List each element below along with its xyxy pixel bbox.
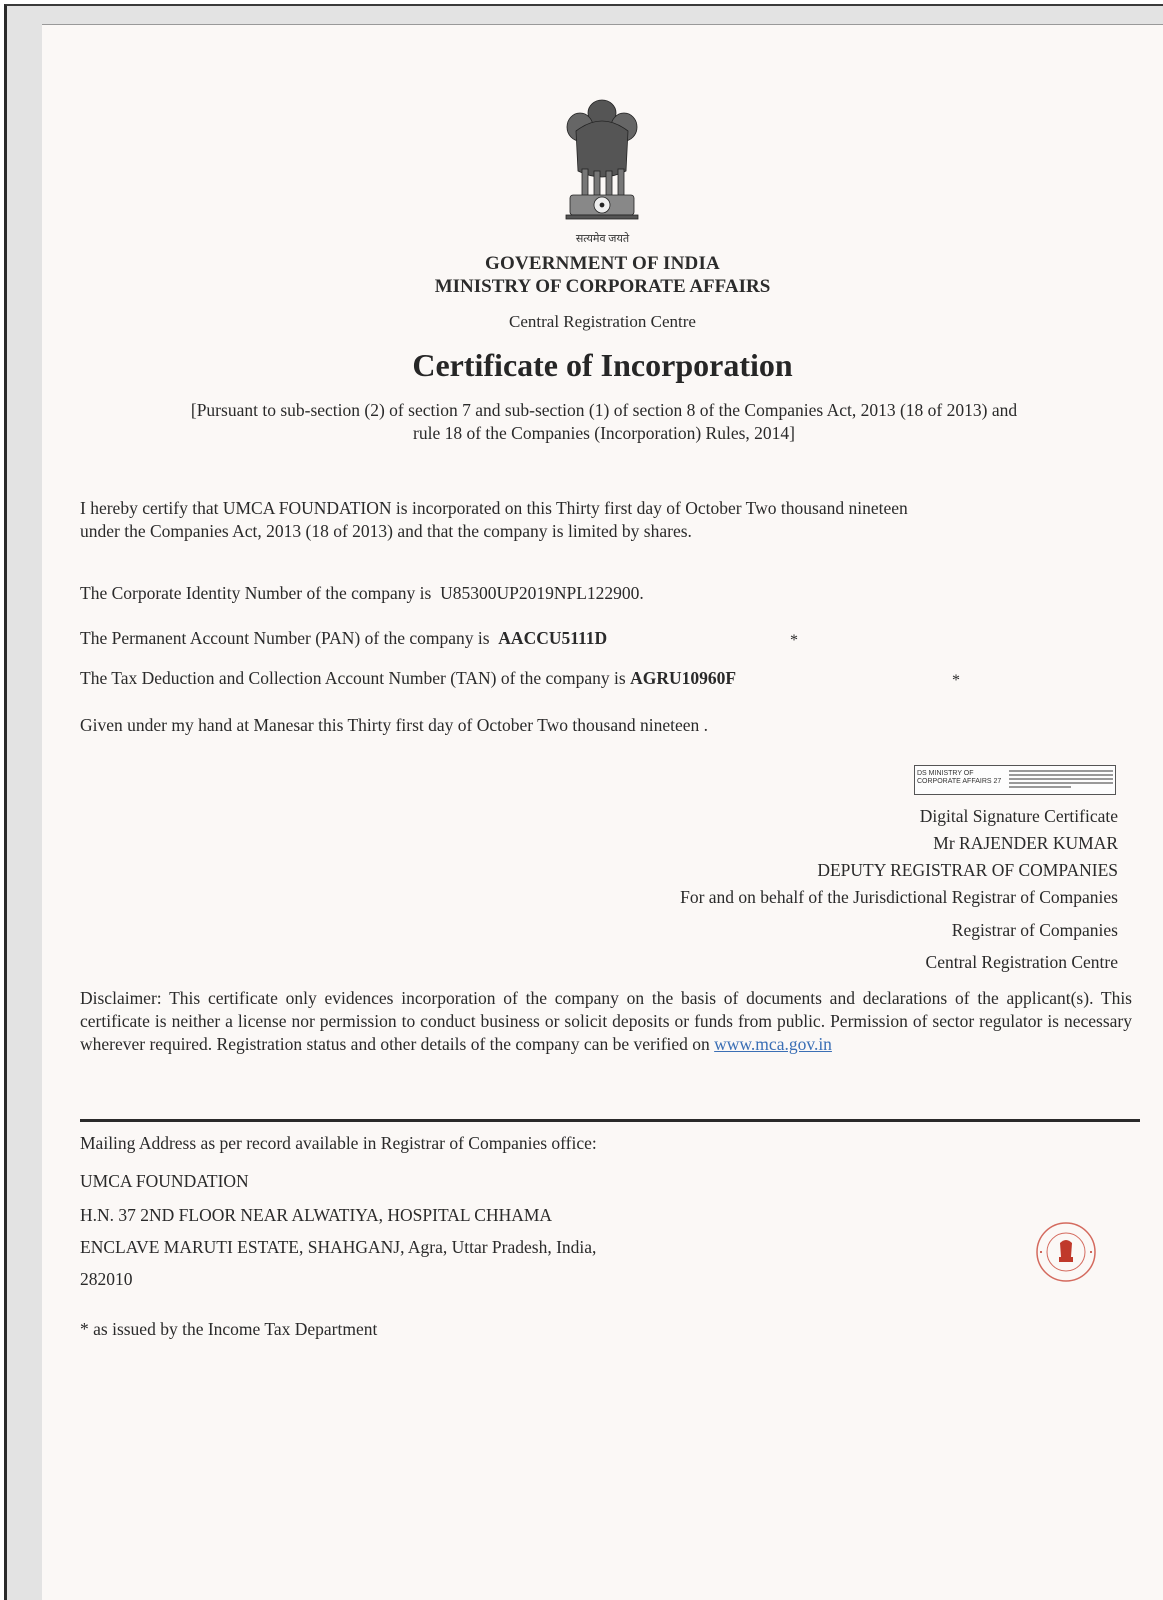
tan-label: The Tax Deduction and Collection Account… [80, 668, 626, 688]
registrar-seal-icon [1035, 1221, 1097, 1283]
digital-signature-stamp: DS MINISTRY OF CORPORATE AFFAIRS 27 [914, 765, 1116, 795]
disclaimer-text: Disclaimer: This certificate only eviden… [80, 988, 1132, 1054]
pursuant-clause: [Pursuant to sub-section (2) of section … [78, 399, 1130, 445]
ds-stamp-label: DS MINISTRY OF CORPORATE AFFAIRS 27 [915, 766, 1007, 794]
certificate-page: सत्यमेव जयते GOVERNMENT OF INDIA MINISTR… [42, 24, 1163, 1600]
divider [80, 1119, 1140, 1122]
government-heading: GOVERNMENT OF INDIA [42, 253, 1163, 275]
signatory-centre: Central Registration Centre [926, 952, 1118, 973]
ds-stamp-details [1007, 766, 1115, 794]
pan-value: AACCU5111D [498, 628, 607, 648]
mca-website-link[interactable]: www.mca.gov.in [714, 1034, 832, 1054]
tan-asterisk: * [952, 669, 960, 692]
pan-label: The Permanent Account Number (PAN) of th… [80, 628, 490, 648]
centre-heading: Central Registration Centre [42, 312, 1163, 332]
emblem-motto: सत्यमेव जयते [42, 231, 1163, 246]
income-tax-footnote: * as issued by the Income Tax Department [80, 1319, 377, 1340]
certify-line-2: under the Companies Act, 2013 (18 of 201… [80, 520, 1132, 543]
certificate-title: Certificate of Incorporation [42, 347, 1163, 384]
tan-value: AGRU10960F [630, 668, 736, 688]
certify-line-1: I hereby certify that UMCA FOUNDATION is… [80, 497, 1132, 520]
signatory-registrar: Registrar of Companies [952, 920, 1118, 941]
signatory-behalf: For and on behalf of the Jurisdictional … [680, 887, 1118, 908]
cin-value: U85300UP2019NPL122900. [440, 583, 644, 603]
mailing-pincode: 282010 [80, 1269, 133, 1290]
mailing-heading: Mailing Address as per record available … [80, 1133, 597, 1154]
cin-statement: The Corporate Identity Number of the com… [80, 582, 1132, 605]
disclaimer: Disclaimer: This certificate only eviden… [80, 987, 1132, 1056]
ds-stamp-line-1: DS MINISTRY OF [917, 770, 1005, 778]
signatory-name: Mr RAJENDER KUMAR [933, 833, 1118, 854]
mailing-address-line-1: H.N. 37 2ND FLOOR NEAR ALWATIYA, HOSPITA… [80, 1205, 552, 1226]
pan-statement: The Permanent Account Number (PAN) of th… [80, 627, 1132, 650]
given-statement: Given under my hand at Manesar this Thir… [80, 714, 1132, 737]
cin-label: The Corporate Identity Number of the com… [80, 583, 431, 603]
pan-asterisk: * [790, 629, 798, 652]
ds-stamp-line-2: CORPORATE AFFAIRS 27 [917, 778, 1005, 786]
signatory-designation: DEPUTY REGISTRAR OF COMPANIES [817, 860, 1118, 881]
ministry-heading: MINISTRY OF CORPORATE AFFAIRS [42, 276, 1163, 298]
pursuant-line-2: rule 18 of the Companies (Incorporation)… [78, 422, 1130, 445]
mailing-company-name: UMCA FOUNDATION [80, 1171, 249, 1192]
national-emblem-icon [552, 91, 652, 236]
mailing-address-line-2: ENCLAVE MARUTI ESTATE, SHAHGANJ, Agra, U… [80, 1237, 596, 1258]
certification-statement: I hereby certify that UMCA FOUNDATION is… [80, 497, 1132, 543]
signatory-dsc: Digital Signature Certificate [920, 806, 1118, 827]
tan-statement: The Tax Deduction and Collection Account… [80, 667, 1132, 690]
pursuant-line-1: [Pursuant to sub-section (2) of section … [78, 399, 1130, 422]
